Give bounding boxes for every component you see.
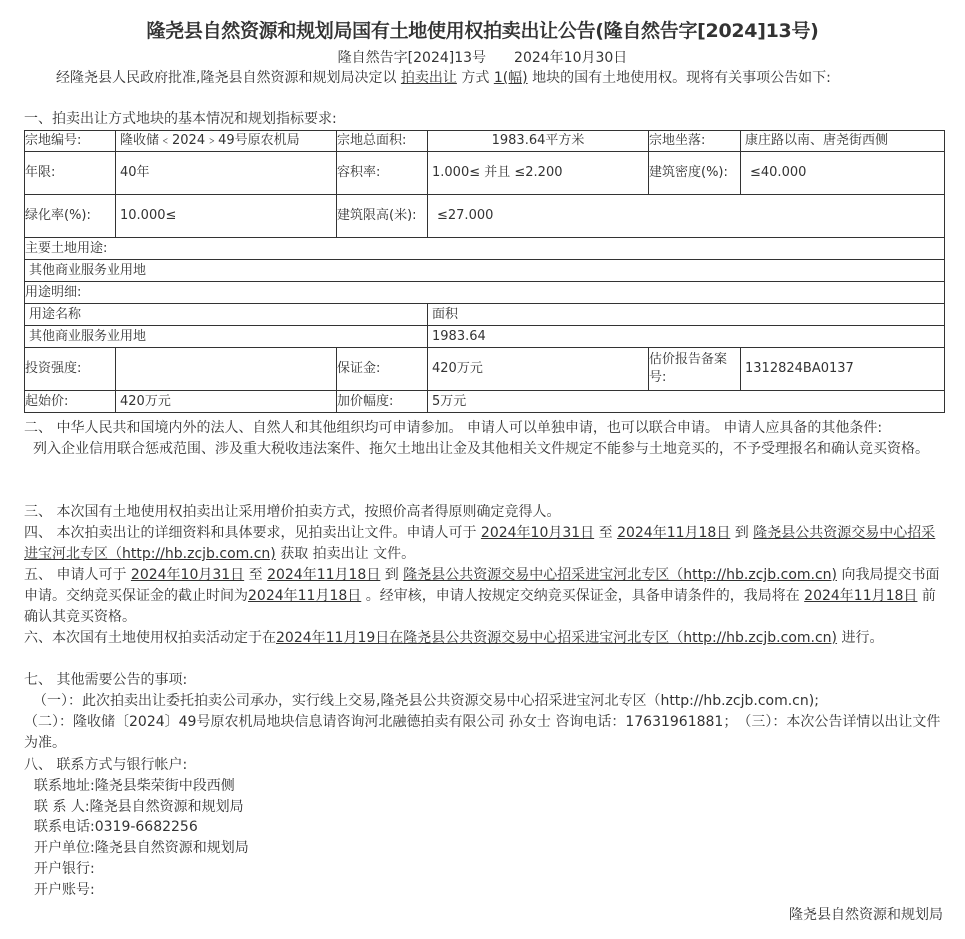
parcel-info-table: 宗地编号: 隆收储﹤2024﹥49号原农机局 宗地总面积: 1983.64平方米… — [24, 130, 945, 413]
doc-start-date: 2024年10月31日 — [481, 525, 594, 541]
signature: 隆尧县自然资源和规划局 — [789, 904, 943, 924]
auction-date: 2024年11月19日 — [276, 630, 389, 646]
main-use-label: 主要土地用途: — [25, 238, 945, 260]
doc-end-date: 2024年11月18日 — [617, 525, 730, 541]
section-7-item-1: （一）：此次拍卖出让委托拍卖公司承办，实行线上交易,隆尧县公共资源交易中心招采进… — [24, 691, 942, 712]
intro-paragraph: 经隆尧县人民政府批准,隆尧县自然资源和规划局决定以 拍卖出让 方式 1(幅) 地… — [24, 68, 942, 89]
deposit-label: 保证金: — [337, 348, 428, 391]
use-detail-label: 用途明细: — [25, 282, 945, 304]
account-bank: 开户银行: — [34, 859, 249, 880]
use-area: 1983.64 — [428, 326, 945, 348]
start-price: 420万元 — [116, 391, 337, 413]
investment — [116, 348, 337, 391]
section-8-heading: 八、 联系方式与银行帐户: — [24, 755, 942, 776]
location: 康庄路以南、唐尧街西侧 — [741, 131, 945, 152]
main-use: 其他商业服务业用地 — [25, 260, 945, 282]
total-area-label: 宗地总面积: — [337, 131, 428, 152]
auction-method: 拍卖出让 — [401, 70, 457, 86]
trading-center-link[interactable]: 隆尧县公共资源交易中心招采进宝河北专区（http://hb.zcjb.com.c… — [403, 567, 837, 583]
section-4: 四、 本次拍卖出让的详细资料和具体要求，见拍卖出让文件。申请人可于 2024年1… — [24, 523, 942, 565]
table-row: 其他商业服务业用地 1983.64 — [25, 326, 945, 348]
apply-start-date: 2024年10月31日 — [131, 567, 244, 583]
section-2-condition: 列入企业信用联合惩戒范围、涉及重大税收违法案件、拖欠土地出让金及其他相关文件规定… — [24, 439, 942, 460]
doc-date: 2024年10月30日 — [514, 50, 627, 66]
contact-list: 联系地址:隆尧县柴荣街中段西侧 联 系 人:隆尧县自然资源和规划局 联系电话:0… — [34, 776, 249, 900]
increment-label: 加价幅度: — [337, 391, 428, 413]
far-label: 容积率: — [337, 152, 428, 195]
use-area-header: 面积 — [428, 304, 945, 326]
section-5: 五、 申请人可于 2024年10月31日 至 2024年11月18日 到 隆尧县… — [24, 565, 942, 628]
contact-person: 联 系 人:隆尧县自然资源和规划局 — [34, 797, 249, 818]
contact-address: 联系地址:隆尧县柴荣街中段西侧 — [34, 776, 249, 797]
height: ≤27.000 — [428, 195, 945, 238]
parcel-no: 隆收储﹤2024﹥49号原农机局 — [116, 131, 337, 152]
use-name-header: 用途名称 — [25, 304, 428, 326]
doc-subtitle: 隆自然告字[2024]13号2024年10月30日 — [0, 47, 965, 67]
account-number: 开户账号: — [34, 880, 249, 901]
far: 1.000≤ 并且 ≤2.200 — [428, 152, 649, 195]
density-label: 建筑密度(%): — [649, 152, 741, 195]
section-7-heading: 七、 其他需要公告的事项: — [24, 670, 942, 691]
parcel-count: 1(幅) — [494, 70, 528, 86]
section-6: 六、本次国有土地使用权拍卖活动定于在2024年11月19日在隆尧县公共资源交易中… — [24, 628, 942, 649]
page-title: 隆尧县自然资源和规划局国有土地使用权拍卖出让公告(隆自然告字[2024]13号) — [0, 16, 965, 43]
green: 10.000≤ — [116, 195, 337, 238]
deposit: 420万元 — [428, 348, 649, 391]
term-label: 年限: — [25, 152, 116, 195]
green-label: 绿化率(%): — [25, 195, 116, 238]
appraisal-label: 估价报告备案号: — [649, 348, 741, 391]
term: 40年 — [116, 152, 337, 195]
confirm-date: 2024年11月18日 — [804, 588, 917, 604]
account-holder: 开户单位:隆尧县自然资源和规划局 — [34, 838, 249, 859]
parcel-no-label: 宗地编号: — [25, 131, 116, 152]
appraisal: 1312824BA0137 — [741, 348, 945, 391]
section-2: 二、 中华人民共和国境内外的法人、自然人和其他组织均可申请参加。 申请人可以单独… — [24, 418, 942, 460]
section-3: 三、 本次国有土地使用权拍卖出让采用增价拍卖方式，按照价高者得原则确定竞得人。 — [24, 502, 942, 523]
trading-center-link[interactable]: 在隆尧县公共资源交易中心招采进宝河北专区（http://hb.zcjb.com.… — [389, 630, 837, 646]
location-label: 宗地坐落: — [649, 131, 741, 152]
investment-label: 投资强度: — [25, 348, 116, 391]
contact-phone: 联系电话:0319-6682256 — [34, 817, 249, 838]
section-1-heading: 一、拍卖出让方式地块的基本情况和规划指标要求: — [24, 109, 942, 130]
increment: 5万元 — [428, 391, 945, 413]
section-7-item-2: （二）：隆收储〔2024〕49号原农机局地块信息请咨询河北融德拍卖有限公司 孙女… — [24, 712, 942, 754]
total-area: 1983.64平方米 — [428, 131, 649, 152]
section-7: 七、 其他需要公告的事项: （一）：此次拍卖出让委托拍卖公司承办，实行线上交易,… — [24, 670, 942, 754]
density: ≤40.000 — [741, 152, 945, 195]
apply-end-date: 2024年11月18日 — [267, 567, 380, 583]
doc-number: 隆自然告字[2024]13号 — [338, 50, 486, 66]
use-name: 其他商业服务业用地 — [25, 326, 428, 348]
deposit-deadline: 2024年11月18日 — [248, 588, 361, 604]
start-price-label: 起始价: — [25, 391, 116, 413]
height-label: 建筑限高(米): — [337, 195, 428, 238]
